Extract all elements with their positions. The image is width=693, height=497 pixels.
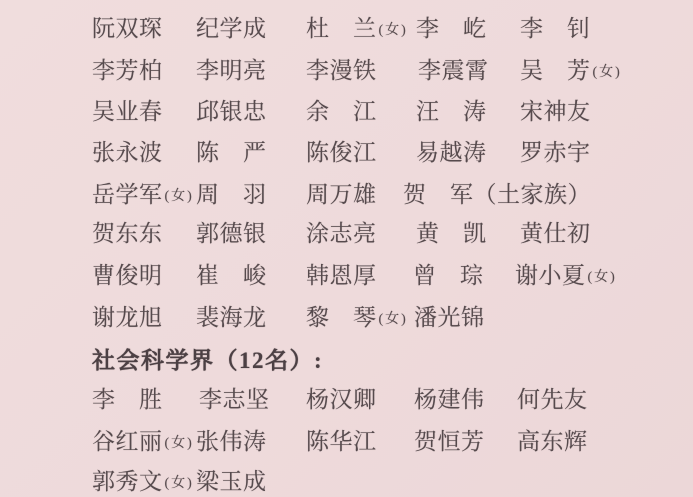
- name-row: 李 胜李志坚杨汉卿杨建伟何先友: [0, 386, 693, 414]
- person-name: 邱银忠: [196, 98, 267, 125]
- name-row: 吴业春邱银忠余 江汪 涛宋神友: [0, 98, 693, 126]
- person-name: 谷红丽(女): [92, 428, 194, 457]
- person-name: 吴业春: [92, 98, 163, 125]
- gender-annotation: (女): [588, 270, 617, 285]
- person-name: 李漫铁: [306, 57, 377, 84]
- gender-annotation: (女): [379, 312, 408, 327]
- person-name: 杨建伟: [414, 386, 485, 413]
- person-name: 郭德银: [196, 220, 267, 247]
- person-name: 谢龙旭: [92, 304, 163, 331]
- name-row: 曹俊明崔 峻韩恩厚曾 琮谢小夏(女): [0, 262, 693, 290]
- section-heading: 社会科学界（12名）:: [92, 347, 323, 374]
- person-name: 郭秀文(女): [92, 468, 194, 497]
- person-name: 李芳柏: [92, 57, 163, 84]
- person-name: 李 钊: [520, 15, 591, 42]
- person-name: 黄仕初: [520, 220, 591, 247]
- gender-annotation: (女): [165, 436, 194, 451]
- person-name: 阮双琛: [92, 15, 163, 42]
- person-name: 贺恒芳: [414, 428, 485, 455]
- person-name: 黎 琴(女): [306, 304, 408, 333]
- gender-annotation: (女): [165, 189, 194, 204]
- person-name: 李 屹: [416, 15, 487, 42]
- section-heading-row: 社会科学界（12名）:: [0, 347, 693, 375]
- name-row: 谢龙旭裴海龙黎 琴(女)潘光锦: [0, 304, 693, 332]
- person-name: 韩恩厚: [306, 262, 377, 289]
- name-row: 贺东东郭德银涂志亮黄 凯黄仕初: [0, 220, 693, 248]
- person-name: 黄 凯: [416, 220, 487, 247]
- person-name: 崔 峻: [196, 262, 267, 289]
- person-name: 岳学军(女): [92, 181, 194, 210]
- gender-annotation: (女): [165, 476, 194, 491]
- name-row: 谷红丽(女)张伟涛陈华江贺恒芳高东辉: [0, 428, 693, 456]
- person-name: 陈华江: [306, 428, 377, 455]
- document-page: 阮双琛纪学成杜 兰(女)李 屹李 钊李芳柏李明亮李漫铁李震霄吴 芳(女)吴业春邱…: [0, 0, 693, 497]
- name-row: 张永波陈 严陈俊江易越涛罗赤宇: [0, 139, 693, 167]
- person-name: 何先友: [517, 386, 588, 413]
- person-name: 裴海龙: [196, 304, 267, 331]
- person-name: 张伟涛: [196, 428, 267, 455]
- gender-annotation: (女): [379, 23, 408, 38]
- name-row: 阮双琛纪学成杜 兰(女)李 屹李 钊: [0, 15, 693, 43]
- person-name: 余 江: [306, 98, 377, 125]
- person-name: 周万雄: [306, 181, 377, 208]
- person-name: 周 羽: [196, 181, 267, 208]
- person-name: 李志坚: [199, 386, 270, 413]
- gender-annotation: (女): [593, 65, 622, 80]
- person-name: 张永波: [92, 139, 163, 166]
- person-name: 陈 严: [196, 139, 267, 166]
- person-name: 李明亮: [196, 57, 267, 84]
- name-row: 郭秀文(女)梁玉成: [0, 468, 693, 496]
- name-row: 岳学军(女)周 羽周万雄贺 军（土家族）: [0, 181, 693, 209]
- person-name: 李震霄: [418, 57, 489, 84]
- person-name: 李 胜: [92, 386, 163, 413]
- person-name: 曾 琮: [413, 262, 484, 289]
- person-name: 宋神友: [520, 98, 591, 125]
- person-name: 纪学成: [196, 15, 267, 42]
- person-name: 陈俊江: [306, 139, 377, 166]
- person-name: 高东辉: [517, 428, 588, 455]
- person-name: 易越涛: [416, 139, 487, 166]
- person-name: 曹俊明: [92, 262, 163, 289]
- person-name: 涂志亮: [306, 220, 377, 247]
- person-name: 贺东东: [92, 220, 163, 247]
- person-name: 梁玉成: [196, 468, 267, 495]
- person-name: 贺 军（土家族）: [403, 181, 591, 208]
- name-row: 李芳柏李明亮李漫铁李震霄吴 芳(女): [0, 57, 693, 85]
- person-name: 汪 涛: [416, 98, 487, 125]
- person-name: 杜 兰(女): [306, 15, 408, 44]
- person-name: 罗赤宇: [520, 139, 591, 166]
- person-name: 杨汉卿: [306, 386, 377, 413]
- person-name: 谢小夏(女): [515, 262, 617, 291]
- person-name: 吴 芳(女): [520, 57, 622, 86]
- person-name: 潘光锦: [414, 304, 485, 331]
